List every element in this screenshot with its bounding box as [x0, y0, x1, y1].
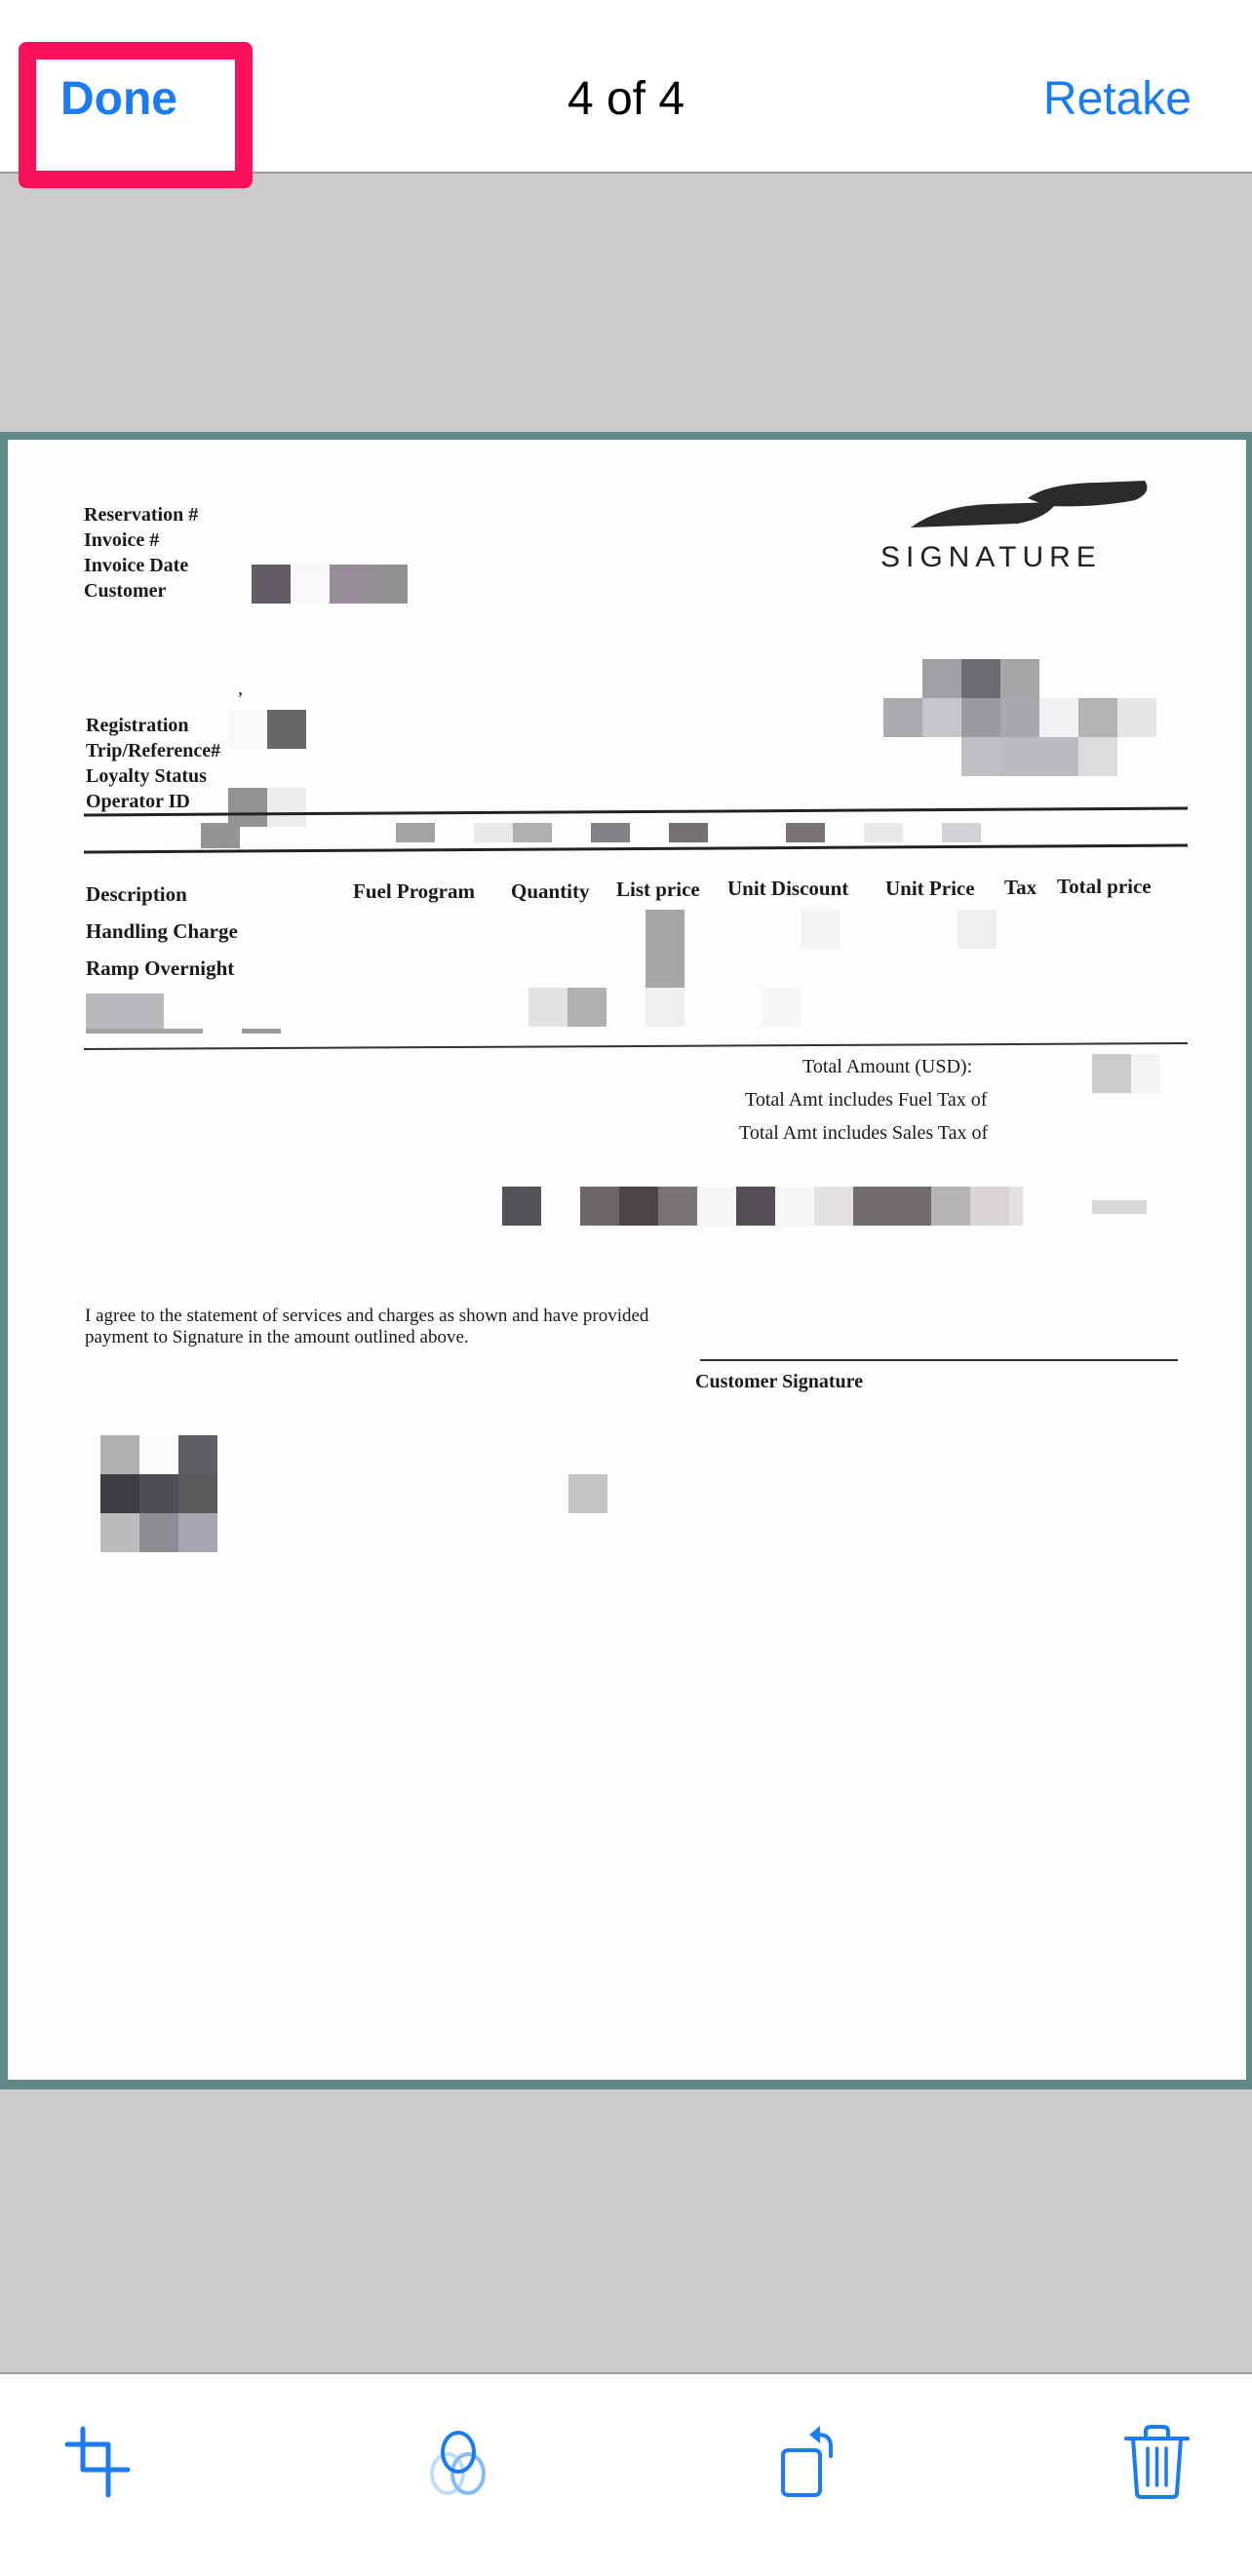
column-total-price: Total price: [1057, 877, 1152, 897]
signature-logo-icon: [901, 479, 1154, 537]
label-operator-id: Operator ID: [86, 792, 190, 811]
rotate-left-icon: [777, 2423, 855, 2501]
retake-button[interactable]: Retake: [1043, 76, 1192, 123]
agreement-text-line1: I agree to the statement of services and…: [85, 1307, 648, 1325]
column-quantity: Quantity: [511, 881, 590, 902]
row-ramp-overnight: Ramp Overnight: [86, 958, 234, 979]
row-handling-charge: Handling Charge: [86, 921, 238, 942]
label-reservation: Reservation #: [84, 505, 198, 525]
filters-icon: [419, 2423, 497, 2501]
column-tax: Tax: [1004, 878, 1037, 898]
crop-icon: [63, 2425, 137, 2499]
redacted-total-amount: [1092, 1054, 1131, 1093]
label-loyalty-status: Loyalty Status: [86, 766, 207, 786]
filters-button[interactable]: [414, 2418, 502, 2506]
navigation-bar: Done 4 of 4 Retake: [0, 0, 1252, 174]
label-trip-reference: Trip/Reference#: [86, 741, 220, 761]
total-amount-label: Total Amount (USD):: [802, 1057, 972, 1076]
column-description: Description: [86, 884, 187, 905]
rotate-button[interactable]: [772, 2418, 860, 2506]
label-registration: Registration: [86, 716, 189, 735]
column-unit-price: Unit Price: [885, 878, 975, 899]
invoice-document: Reservation # Invoice # Invoice Date Cus…: [8, 440, 1246, 2080]
column-fuel-program: Fuel Program: [353, 881, 475, 902]
fuel-tax-label: Total Amt includes Fuel Tax of: [745, 1090, 987, 1110]
agreement-text-line2: payment to Signature in the amount outli…: [85, 1328, 469, 1347]
logo-wordmark: SIGNATURE: [880, 543, 1102, 572]
trash-icon: [1123, 2423, 1192, 2501]
crop-button[interactable]: [57, 2418, 144, 2506]
sales-tax-label: Total Amt includes Sales Tax of: [739, 1123, 988, 1143]
label-customer: Customer: [84, 581, 166, 601]
customer-signature-label: Customer Signature: [695, 1372, 863, 1391]
delete-button[interactable]: [1114, 2418, 1201, 2506]
bottom-toolbar: [0, 2372, 1252, 2576]
scanned-page-preview: Reservation # Invoice # Invoice Date Cus…: [0, 432, 1252, 2089]
label-invoice-date: Invoice Date: [84, 556, 188, 575]
column-unit-discount: Unit Discount: [727, 878, 848, 899]
label-invoice-number: Invoice #: [84, 530, 159, 550]
column-list-price: List price: [616, 879, 700, 900]
